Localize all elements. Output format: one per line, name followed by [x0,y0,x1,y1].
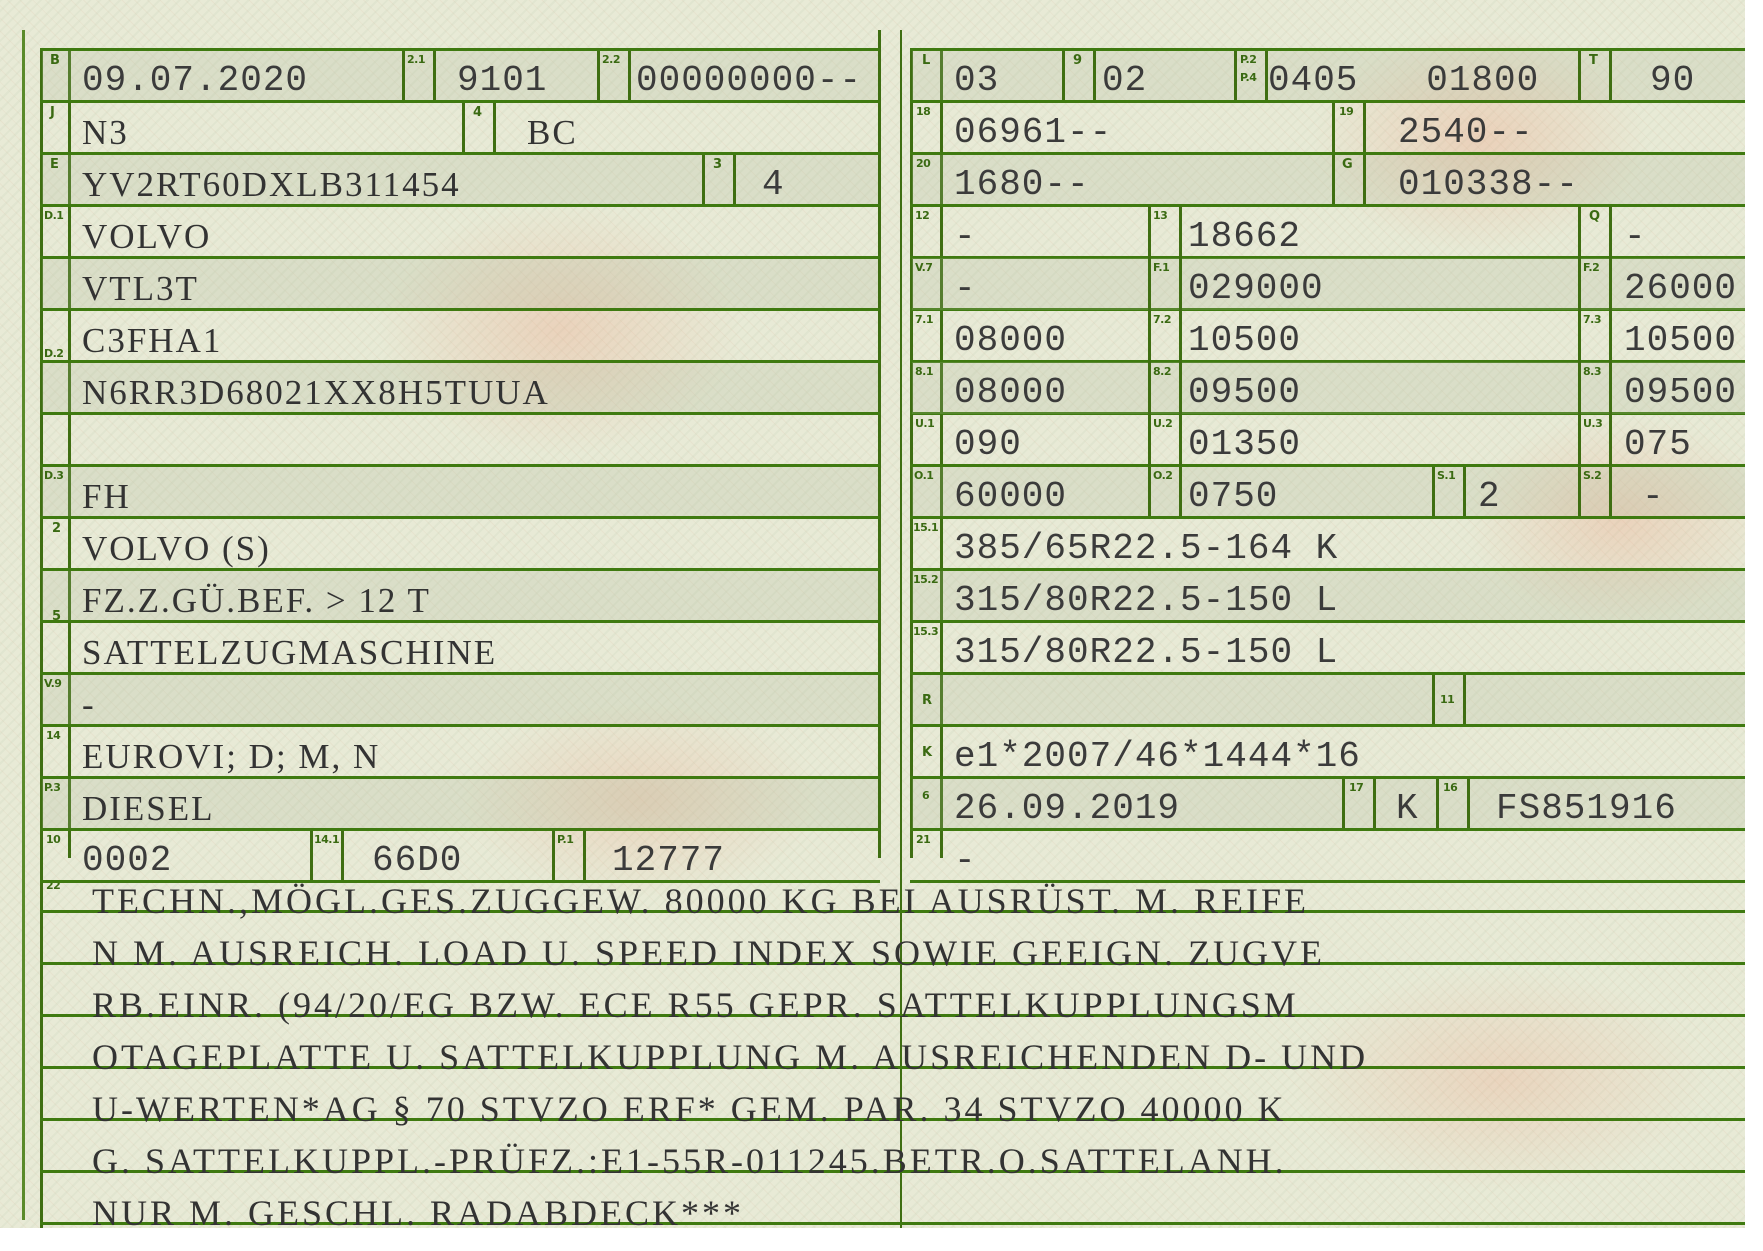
row-p3: P.3 DIESEL [42,778,878,830]
row-rule [910,724,1745,727]
label-v7: V.7 [915,262,932,273]
row-e: E YV2RT60DXLB311454 3 4 [42,154,878,206]
label-p4: P.4 [1240,72,1256,83]
row-15-1: 15.1 385/65R22.5-164 K [912,518,1745,570]
label-11: 11 [1440,694,1454,705]
label-14-1: 14.1 [314,834,339,845]
row-rule [40,568,880,571]
width: 2540-- [1398,114,1534,152]
row-r: R 11 [912,674,1745,726]
label-21: 21 [916,834,930,845]
label-15-3: 15.3 [913,626,938,637]
tyre-axle-1: 385/65R22.5-164 K [954,530,1338,568]
label-s2: S.2 [1583,470,1601,481]
label-d2: D.2 [44,348,63,359]
noise-rpm: 01350 [1188,426,1301,464]
label-19: 19 [1339,106,1353,117]
label-e: E [50,158,58,171]
label-p3: P.3 [44,782,60,793]
row-12: 12-1318662Q- [912,206,1745,258]
type-line-1: VTL3T [82,270,199,308]
label-f8-2: 8.2 [1153,366,1171,377]
vin-check-digit: 4 [762,166,785,204]
row-rule [40,152,880,155]
row-d2-2: C3FHA1 D.2 [42,310,878,362]
row-18: 18 06961-- 19 2540-- [912,102,1745,154]
row-14: 14 EUROVI; D; M, N [42,726,878,778]
field-q-value: - [1624,218,1647,256]
row-d2-1: VTL3T [42,258,878,310]
label-3: 3 [713,158,722,171]
row-v9: V.9 - [42,674,878,726]
tyre-axle-3: 315/80R22.5-150 L [954,634,1338,672]
label-s1: S.1 [1437,470,1455,481]
label-f2: F.2 [1583,262,1599,273]
label-p1: P.1 [557,834,573,845]
row-6: 6 26.09.2019 17 K 16 FS851916 [912,778,1745,830]
label-2-1: 2.1 [407,54,425,65]
row-rule [910,672,1745,675]
vehicle-category-line-1: FZ.Z.GÜ.BEF. > 12 T [82,582,431,620]
variant-line: C3FHA1 [82,322,222,360]
row-rule [910,568,1745,571]
label-p2: P.2 [1240,54,1256,65]
row-rule [40,256,880,259]
row-u: U.1090U.201350U.3075 [912,414,1745,466]
row-rule [40,48,880,51]
row-rule [40,308,880,311]
permissible-axle-load-3: 09500 [1624,374,1737,412]
remarks-line: TECHN.,MÖGL.GES.ZUGGEW. 80000 KG BEI AUS… [92,880,1309,922]
label-d3: D.3 [44,470,63,481]
seats: 2 [1478,478,1501,516]
label-4: 4 [473,106,482,119]
label-r: R [922,694,932,707]
row-rule [40,828,880,831]
label-17: 17 [1349,782,1363,793]
label-f8-1: 8.1 [915,366,933,377]
version-line: N6RR3D68021XX8H5TUUA [82,374,550,412]
row-rule [910,828,1745,831]
row-7: 7.1080007.2105007.310500 [912,310,1745,362]
label-15-2: 15.2 [913,574,938,585]
field-v7-value: - [954,270,977,308]
label-k: K [922,746,932,759]
first-registration-date: 09.07.2020 [82,62,308,100]
label-18: 18 [916,106,930,117]
document-number: FS851916 [1496,790,1677,828]
row-rule [40,204,880,207]
label-q: Q [1589,210,1600,223]
braked-trailer-load: 60000 [954,478,1067,516]
row-rule [910,152,1745,155]
axles-count: 03 [954,62,999,100]
vin: YV2RT60DXLB311454 [82,166,461,204]
label-6: 6 [922,790,929,801]
label-2: 2 [52,522,61,535]
row-rule [910,516,1745,519]
label-16: 16 [1443,782,1457,793]
label-d1: D.1 [44,210,63,221]
drive-by-noise: 075 [1624,426,1692,464]
row-rule [40,724,880,727]
label-t: T [1589,54,1597,67]
stationary-noise: 090 [954,426,1022,464]
label-u1: U.1 [915,418,934,429]
field-17-value: K [1396,790,1419,828]
row-rule [910,48,1745,51]
row-b: B 09.07.2020 2.1 9101 2.2 00000000-- [42,50,878,102]
row-j: J N3 4 BC [42,102,878,154]
emission-class: - [82,686,96,724]
row-d1: D.1 VOLVO [42,206,878,258]
max-technical-mass: 029000 [1188,270,1324,308]
label-v9: V.9 [44,678,61,689]
row-rule [910,100,1745,103]
row-rule [40,776,880,779]
row-rule [40,412,880,415]
row-d2-4 [42,414,878,466]
type-code: 00000000-- [636,62,862,100]
remarks-line: G. SATTELKUPPL.-PRÜFZ.:E1-55R-011245.BET… [92,1140,1287,1182]
row-rule [40,360,880,363]
label-g: G [1342,158,1352,171]
row-k: K e1*2007/46*1444*16 [912,726,1745,778]
row-v7: V.7-F.1029000F.226000 [912,258,1745,310]
manufacturer-name: VOLVO (S) [82,530,271,568]
row-5-2: SATTELZUGMASCHINE [42,622,878,674]
row-rule [910,620,1745,623]
label-2-2: 2.2 [602,54,620,65]
row-rule [40,672,880,675]
driven-axles: 02 [1102,62,1147,100]
label-j: J [50,106,54,119]
tyre-axle-2: 315/80R22.5-150 L [954,582,1338,620]
row-rule [40,516,880,519]
row-rule [40,620,880,623]
remarks-line: RB.EINR. (94/20/EG BZW. ECE R55 GEPR. SA… [92,984,1299,1026]
remarks-line: OTAGEPLATTE U. SATTELKUPPLUNG M. AUSREIC… [92,1036,1368,1078]
max-speed: 90 [1650,62,1695,100]
body-type: BC [527,114,578,152]
label-f1: F.1 [1153,262,1169,273]
remarks-line: N M. AUSREICH. LOAD U. SPEED INDEX SOWIE… [92,932,1325,974]
row-20: 20 1680-- G 010338-- [912,154,1745,206]
label-u2: U.2 [1153,418,1172,429]
label-f12: 12 [915,210,929,221]
margin-line [22,30,25,1220]
label-b: B [50,54,59,67]
row-rule [40,100,880,103]
label-u3: U.3 [1583,418,1602,429]
commercial-name: FH [82,478,131,516]
row-o1: O.1 60000 O.2 0750 S.1 2 S.2 - [912,466,1745,518]
row-5-1: FZ.Z.GÜ.BEF. > 12 T 5 [42,570,878,622]
label-f7-1: 7.1 [915,314,933,325]
label-f8-3: 8.3 [1583,366,1601,377]
label-15-1: 15.1 [913,522,938,533]
row-rule [40,464,880,467]
label-f7-3: 7.3 [1583,314,1601,325]
vehicle-class: N3 [82,114,129,152]
label-10: 10 [46,834,60,845]
row-d3: D.3 FH [42,466,878,518]
vehicle-category-line-2: SATTELZUGMASCHINE [82,634,497,672]
empty-mass: 010338-- [1398,166,1579,204]
standing-places: - [1642,478,1665,516]
make: VOLVO [82,218,211,256]
axle-load-2: 10500 [1188,322,1301,360]
label-9: 9 [1073,54,1082,67]
label-f7-2: 7.2 [1153,314,1171,325]
manufacturer-code: 9101 [457,62,547,100]
unbraked-trailer-load: 0750 [1188,478,1278,516]
row-d2-3: N6RR3D68021XX8H5TUUA [42,362,878,414]
length: 06961-- [954,114,1112,152]
label-l: L [922,54,930,67]
power-rpm: 0405 01800 [1268,62,1539,100]
empty-value-12: - [954,218,977,256]
remarks-line: NUR M. GESCHL. RADABDECK*** [92,1192,744,1234]
type-approval-number: e1*2007/46*1444*16 [954,738,1361,776]
type-approval-date: 26.09.2019 [954,790,1180,828]
label-20: 20 [916,158,930,169]
emission-designation: EUROVI; D; M, N [82,738,380,776]
row-8: 8.1080008.2095008.309500 [912,362,1745,414]
height: 1680-- [954,166,1090,204]
axle-load-3: 10500 [1624,322,1737,360]
permissible-axle-load-2: 09500 [1188,374,1301,412]
design-mass: 18662 [1188,218,1301,256]
row-rule [910,776,1745,779]
label-14: 14 [46,730,60,741]
vehicle-registration-document: B 09.07.2020 2.1 9101 2.2 00000000-- J N… [0,0,1745,1228]
row-15-3: 15.3 315/80R22.5-150 L [912,622,1745,674]
label-o2: O.2 [1153,470,1172,481]
label-o1: O.1 [914,470,933,481]
axle-load-1: 08000 [954,322,1067,360]
permissible-axle-load-1: 08000 [954,374,1067,412]
fuel-type: DIESEL [82,790,215,828]
row-15-2: 15.2 315/80R22.5-150 L [912,570,1745,622]
remarks-line: U-WERTEN*AG § 70 STVZO ERF* GEM. PAR. 34… [92,1088,1287,1130]
row-l: L 03 9 02 P.2 P.4 0405 01800 T 90 [912,50,1745,102]
row-2: 2 VOLVO (S) [42,518,878,570]
label-f13: 13 [1153,210,1167,221]
max-permissible-mass: 26000 [1624,270,1737,308]
